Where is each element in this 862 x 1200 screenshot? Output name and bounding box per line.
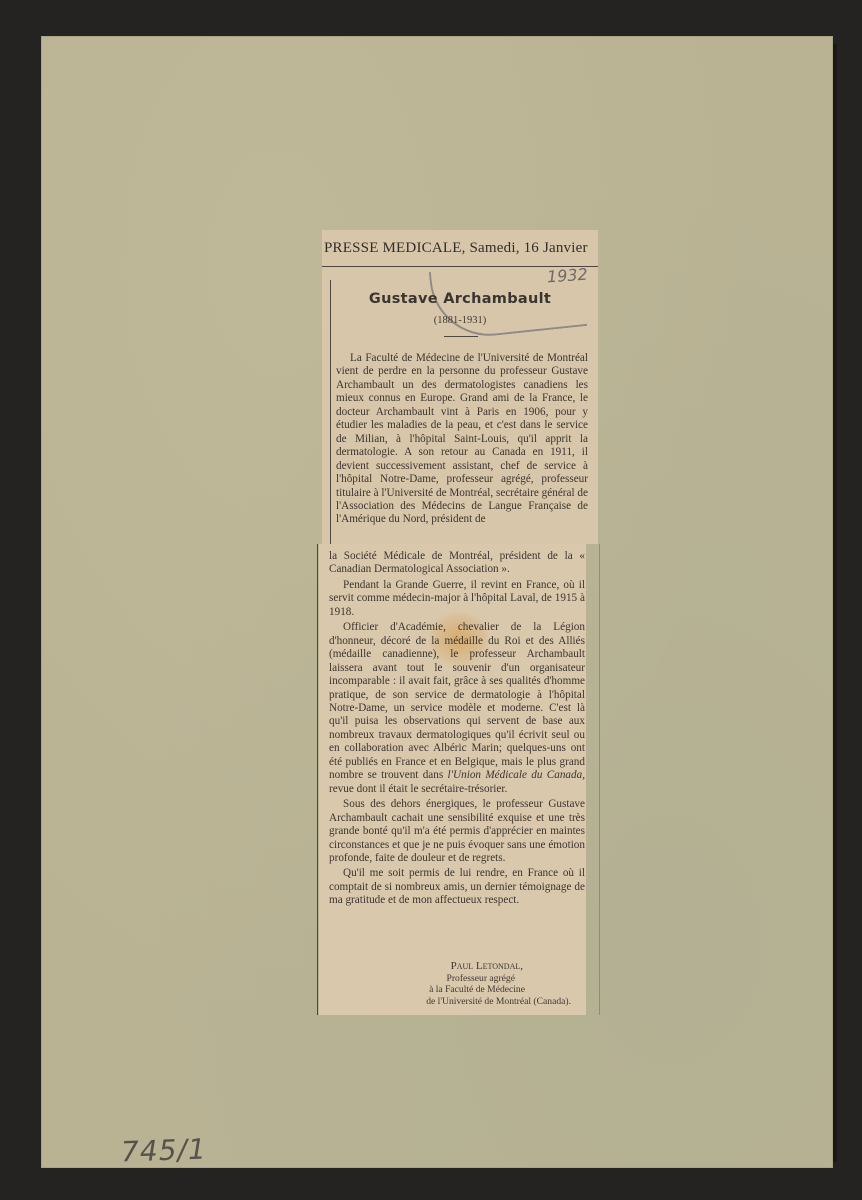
author-title: Professeur agrégé [319, 973, 575, 985]
paragraph-5: Qu'il me soit permis de lui rendre, en F… [329, 867, 585, 907]
author-name: Paul Letondal, [319, 961, 575, 973]
paragraph-1-continued: la Société Médicale de Montréal, préside… [329, 550, 585, 577]
paragraph-1: La Faculté de Médecine de l'Université d… [336, 352, 588, 527]
paragraph-4: Sous des dehors énergiques, le professeu… [329, 798, 585, 865]
title-divider [444, 336, 478, 337]
clipping-top-part: PRESSE MEDICALE, Samedi, 16 Janvier 1932… [322, 230, 598, 544]
author-university: de l'Université de Montréal (Canada). [319, 996, 575, 1008]
paragraph-2: Pendant la Grande Guerre, il revint en F… [329, 579, 585, 619]
handwritten-year: 1932 [547, 265, 589, 287]
journal-title: l'Union Médicale du Canada, [448, 769, 585, 781]
obituary-title: Gustave Archambault [322, 291, 598, 307]
article-body-continued: la Société Médicale de Montréal, préside… [329, 550, 585, 910]
paragraph-3-end: revue dont il était le secrétaire-trésor… [329, 783, 507, 795]
archive-mount-card: PRESSE MEDICALE, Samedi, 16 Janvier 1932… [41, 36, 833, 1168]
column-rule [599, 544, 600, 1015]
masthead-text: PRESSE MEDICALE, Samedi, 16 Janvier [322, 240, 588, 256]
life-dates: (1881-1931) [322, 315, 598, 326]
clipping-bottom-part: la Société Médicale de Montréal, préside… [319, 544, 586, 1015]
signature-block: Paul Letondal, Professeur agrégé à la Fa… [319, 961, 575, 1007]
paragraph-3: Officier d'Académie, chevalier de la Lég… [329, 621, 585, 796]
paragraph-3-text: Officier d'Académie, chevalier de la Lég… [329, 621, 585, 781]
inventory-number: 745/1 [120, 1133, 207, 1169]
author-faculty: à la Faculté de Médecine [319, 984, 575, 996]
